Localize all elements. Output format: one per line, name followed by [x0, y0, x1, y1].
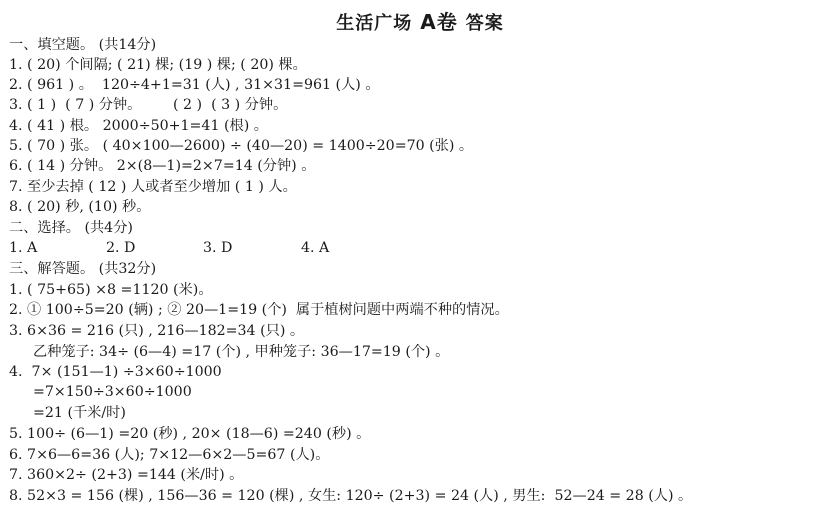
- choice-answer: 3. D: [203, 238, 232, 258]
- answer-line: 5. 100÷ (6—1) =20 (秒) , 20× (18—6) =240 …: [9, 424, 370, 444]
- title-main: 生活广场: [336, 13, 412, 34]
- answer-line: 3. ( 1 ) ( 7 ) 分钟。 ( 2 ) ( 3 ) 分钟。: [9, 95, 287, 115]
- answer-line: 3. 6×36 = 216 (只) , 216—182=34 (只) 。: [9, 321, 304, 341]
- answer-line: 2. ( 961 ) 。 120÷4+1=31 (人) , 31×31=961 …: [9, 75, 380, 95]
- title-suffix: 答案: [466, 13, 504, 34]
- section-heading-choice: 二、选择。 (共4分): [9, 218, 133, 238]
- answer-line: 8. 52×3 = 156 (棵) , 156—36 = 120 (棵) , 女…: [9, 486, 692, 506]
- answer-line: 4. 7× (151—1) ÷3×60÷1000: [9, 362, 222, 382]
- answer-line: 4. ( 41 ) 根。 2000÷50+1=41 (根) 。: [9, 116, 268, 136]
- document-title: 生活广场A卷答案: [0, 6, 840, 35]
- answer-line: 6. 7×6—6=36 (人); 7×12—6×2—5=67 (人)。: [9, 445, 329, 465]
- section-heading-solve: 三、解答题。 (共32分): [9, 259, 156, 279]
- choice-answer: 2. D: [106, 238, 135, 258]
- choice-answer: 4. A: [301, 238, 329, 258]
- answer-line: =21 (千米/时): [33, 403, 126, 423]
- answer-line: 1. ( 20) 个间隔; ( 21) 棵; (19 ) 棵; ( 20) 棵。: [9, 55, 307, 75]
- answer-line: 2. ① 100÷5=20 (辆) ; ② 20—1=19 (个) 属于植树问题…: [9, 300, 509, 320]
- answer-line: 7. 360×2÷ (2+3) =144 (米/时) 。: [9, 465, 243, 485]
- answer-line: 6. ( 14 ) 分钟。 2×(8—1)=2×7=14 (分钟) 。: [9, 156, 315, 176]
- answer-line: 7. 至少去掉 ( 12 ) 人或者至少增加 ( 1 ) 人。: [9, 177, 297, 197]
- title-paper: A卷: [420, 10, 457, 34]
- section-heading-fill-blank: 一、填空题。 (共14分): [9, 35, 156, 55]
- answer-line: 1. ( 75+65) ×8 =1120 (米)。: [9, 280, 213, 300]
- answer-line: =7×150÷3×60÷1000: [33, 382, 192, 402]
- choice-answer: 1. A: [9, 238, 37, 258]
- answer-line: 乙种笼子: 34÷ (6—4) =17 (个) , 甲种笼子: 36—17=19…: [33, 342, 449, 362]
- answer-line: 8. ( 20) 秒, (10) 秒。: [9, 197, 150, 217]
- answer-line: 5. ( 70 ) 张。 ( 40×100—2600) ÷ (40—20) = …: [9, 136, 473, 156]
